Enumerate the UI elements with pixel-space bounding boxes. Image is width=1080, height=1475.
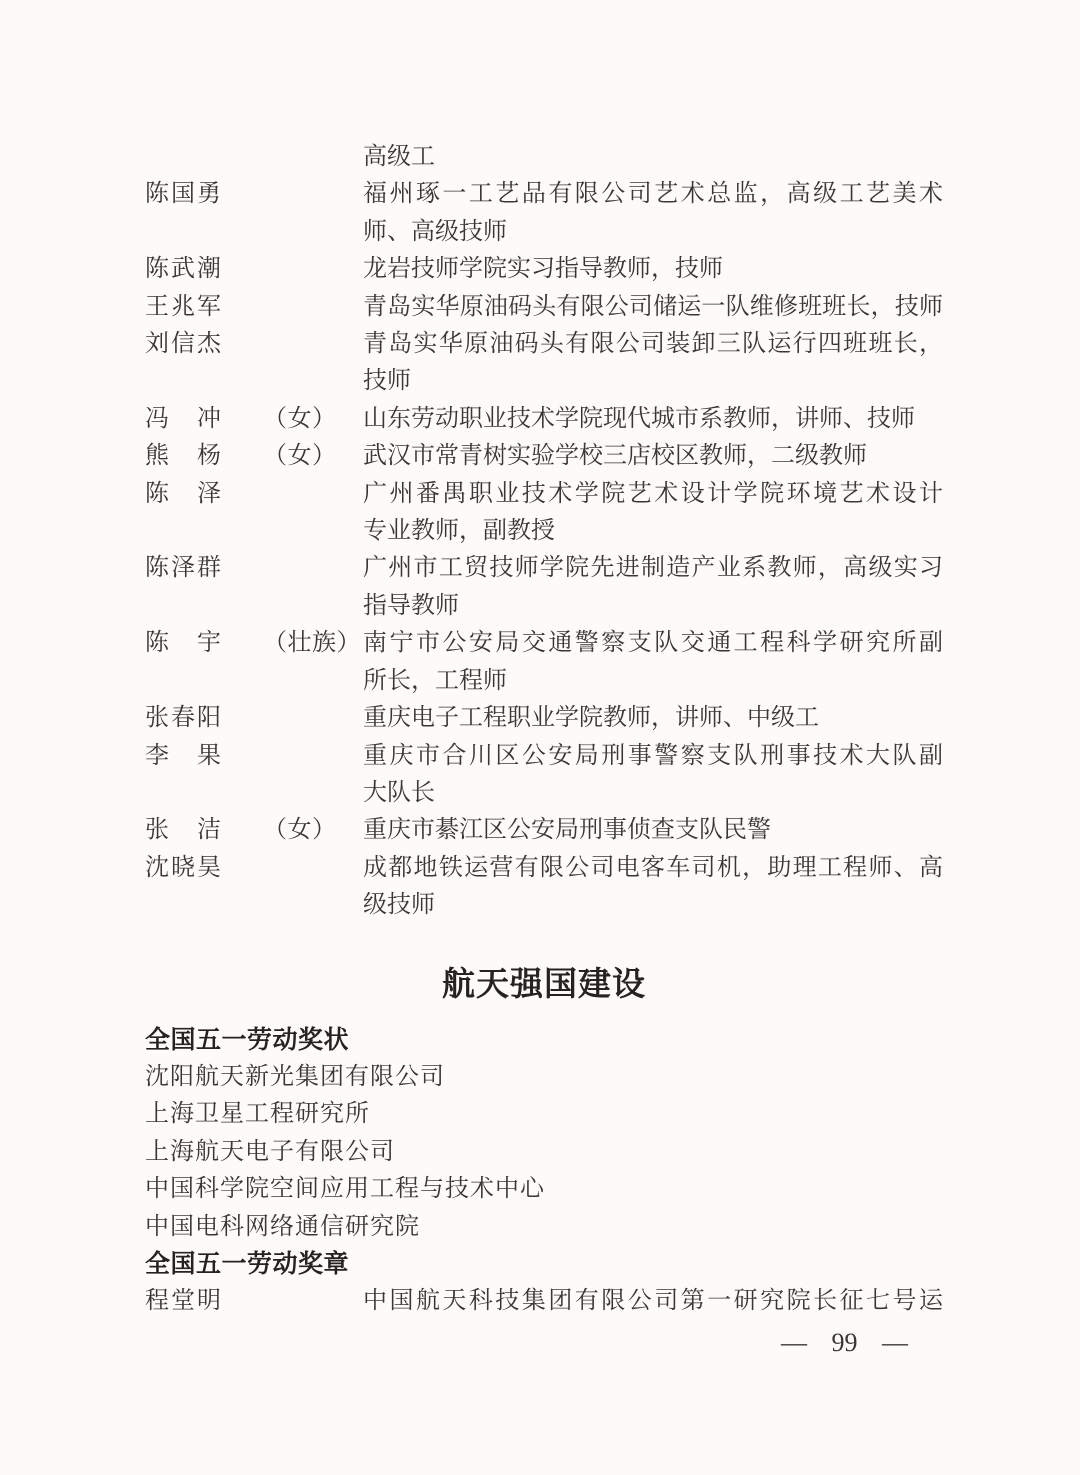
description-line: 指导教师	[363, 588, 943, 625]
description-line: 青岛实华原油码头有限公司装卸三队运行四班班长，	[363, 326, 943, 363]
person-description: 重庆市綦江区公安局刑事侦查支队民警	[363, 812, 943, 849]
description-line: 大队长	[363, 775, 943, 812]
roster-row: 沈晓昊 成都地铁运营有限公司电客车司机，助理工程师、高级技师	[145, 850, 943, 925]
person-name: 王兆军	[145, 289, 263, 326]
name-cell: 陈 宇 （壮族）	[145, 625, 363, 662]
person-name: 冯 冲	[145, 401, 263, 438]
description-line: 南宁市公安局交通警察支队交通工程科学研究所副	[363, 625, 943, 662]
person-description: 高级工	[363, 139, 943, 176]
person-description: 广州市工贸技师学院先进制造产业系教师，高级实习指导教师	[363, 550, 943, 625]
org-item: 上海航天电子有限公司	[145, 1134, 943, 1171]
name-cell: 冯 冲 （女）	[145, 401, 363, 438]
name-cell: 陈 泽	[145, 476, 363, 513]
name-cell: 王兆军	[145, 289, 363, 326]
person-name: 陈 泽	[145, 476, 263, 513]
description-line: 重庆市綦江区公安局刑事侦查支队民警	[363, 812, 943, 849]
person-description: 龙岩技师学院实习指导教师，技师	[363, 251, 943, 288]
person-note: （女）	[263, 438, 337, 475]
description-line: 师、高级技师	[363, 214, 943, 251]
description-line: 成都地铁运营有限公司电客车司机，助理工程师、高	[363, 850, 943, 887]
description-line: 山东劳动职业技术学院现代城市系教师，讲师、技师	[363, 401, 943, 438]
description-line: 龙岩技师学院实习指导教师，技师	[363, 251, 943, 288]
person-description: 重庆电子工程职业学院教师，讲师、中级工	[363, 700, 943, 737]
person-description: 青岛实华原油码头有限公司储运一队维修班班长，技师	[363, 289, 943, 326]
roster-row: 高级工	[145, 139, 943, 176]
roster-row: 陈 泽 广州番禺职业技术学院艺术设计学院环境艺术设计专业教师，副教授	[145, 476, 943, 551]
org-item: 中国电科网络通信研究院	[145, 1209, 943, 1246]
person-description: 福州琢一工艺品有限公司艺术总监，高级工艺美术师、高级技师	[363, 176, 943, 251]
person-name: 沈晓昊	[145, 850, 263, 887]
person-name: 陈国勇	[145, 176, 263, 213]
person-name: 陈 宇	[145, 625, 263, 662]
org-list: 沈阳航天新光集团有限公司上海卫星工程研究所上海航天电子有限公司中国科学院空间应用…	[145, 1059, 943, 1246]
roster-row: 张春阳 重庆电子工程职业学院教师，讲师、中级工	[145, 700, 943, 737]
section-title: 航天强国建设	[145, 963, 943, 1007]
roster-row: 陈武潮 龙岩技师学院实习指导教师，技师	[145, 251, 943, 288]
description-line: 武汉市常青树实验学校三店校区教师，二级教师	[363, 438, 943, 475]
name-cell: 李 果	[145, 738, 363, 775]
roster-row: 陈国勇 福州琢一工艺品有限公司艺术总监，高级工艺美术师、高级技师	[145, 176, 943, 251]
document-page: 高级工 陈国勇 福州琢一工艺品有限公司艺术总监，高级工艺美术师、高级技师 陈武潮…	[0, 0, 1080, 1475]
person-name: 熊 杨	[145, 438, 263, 475]
roster-row: 陈泽群 广州市工贸技师学院先进制造产业系教师，高级实习指导教师	[145, 550, 943, 625]
description-line: 广州番禺职业技术学院艺术设计学院环境艺术设计	[363, 476, 943, 513]
description-line: 中国航天科技集团有限公司第一研究院长征七号运	[363, 1283, 943, 1320]
person-description: 成都地铁运营有限公司电客车司机，助理工程师、高级技师	[363, 850, 943, 925]
roster-row: 陈 宇 （壮族） 南宁市公安局交通警察支队交通工程科学研究所副所长，工程师	[145, 625, 943, 700]
person-name: 陈泽群	[145, 550, 263, 587]
name-cell: 熊 杨 （女）	[145, 438, 363, 475]
person-name: 刘信杰	[145, 326, 263, 363]
org-item: 中国科学院空间应用工程与技术中心	[145, 1171, 943, 1208]
person-note: （壮族）	[263, 625, 361, 662]
description-line: 专业教师，副教授	[363, 513, 943, 550]
subheading-certificate: 全国五一劳动奖状	[145, 1022, 943, 1059]
description-line: 青岛实华原油码头有限公司储运一队维修班班长，技师	[363, 289, 943, 326]
description-line: 广州市工贸技师学院先进制造产业系教师，高级实习	[363, 550, 943, 587]
person-description: 重庆市合川区公安局刑事警察支队刑事技术大队副大队长	[363, 738, 943, 813]
medal-roster: 程堂明 中国航天科技集团有限公司第一研究院长征七号运	[145, 1283, 943, 1320]
description-line: 技师	[363, 363, 943, 400]
roster-row: 张 洁 （女） 重庆市綦江区公安局刑事侦查支队民警	[145, 812, 943, 849]
description-line: 高级工	[363, 139, 943, 176]
roster-row: 程堂明 中国航天科技集团有限公司第一研究院长征七号运	[145, 1283, 943, 1320]
person-description: 南宁市公安局交通警察支队交通工程科学研究所副所长，工程师	[363, 625, 943, 700]
description-line: 重庆电子工程职业学院教师，讲师、中级工	[363, 700, 943, 737]
description-line: 福州琢一工艺品有限公司艺术总监，高级工艺美术	[363, 176, 943, 213]
name-cell: 沈晓昊	[145, 850, 363, 887]
person-name: 张 洁	[145, 812, 263, 849]
description-line: 重庆市合川区公安局刑事警察支队刑事技术大队副	[363, 738, 943, 775]
description-line: 所长，工程师	[363, 663, 943, 700]
person-description: 广州番禺职业技术学院艺术设计学院环境艺术设计专业教师，副教授	[363, 476, 943, 551]
person-description: 山东劳动职业技术学院现代城市系教师，讲师、技师	[363, 401, 943, 438]
roster-row: 熊 杨 （女） 武汉市常青树实验学校三店校区教师，二级教师	[145, 438, 943, 475]
person-description: 武汉市常青树实验学校三店校区教师，二级教师	[363, 438, 943, 475]
person-note: （女）	[263, 812, 337, 849]
person-description: 青岛实华原油码头有限公司装卸三队运行四班班长，技师	[363, 326, 943, 401]
subheading-medal: 全国五一劳动奖章	[145, 1246, 943, 1283]
name-cell: 刘信杰	[145, 326, 363, 363]
name-cell: 张 洁 （女）	[145, 812, 363, 849]
person-description: 中国航天科技集团有限公司第一研究院长征七号运	[363, 1283, 943, 1320]
person-name: 程堂明	[145, 1283, 263, 1320]
name-cell: 陈武潮	[145, 251, 363, 288]
name-cell: 陈泽群	[145, 550, 363, 587]
name-cell: 陈国勇	[145, 176, 363, 213]
org-item: 上海卫星工程研究所	[145, 1096, 943, 1133]
name-cell: 张春阳	[145, 700, 363, 737]
roster-row: 刘信杰 青岛实华原油码头有限公司装卸三队运行四班班长，技师	[145, 326, 943, 401]
roster-row: 冯 冲 （女） 山东劳动职业技术学院现代城市系教师，讲师、技师	[145, 401, 943, 438]
person-note: （女）	[263, 401, 337, 438]
name-cell: 程堂明	[145, 1283, 363, 1320]
roster: 高级工 陈国勇 福州琢一工艺品有限公司艺术总监，高级工艺美术师、高级技师 陈武潮…	[145, 139, 943, 925]
person-name: 李 果	[145, 738, 263, 775]
person-name: 张春阳	[145, 700, 263, 737]
description-line: 级技师	[363, 887, 943, 924]
roster-row: 李 果 重庆市合川区公安局刑事警察支队刑事技术大队副大队长	[145, 738, 943, 813]
roster-row: 王兆军 青岛实华原油码头有限公司储运一队维修班班长，技师	[145, 289, 943, 326]
person-name: 陈武潮	[145, 251, 263, 288]
org-item: 沈阳航天新光集团有限公司	[145, 1059, 943, 1096]
page-number: — 99 —	[145, 1324, 943, 1361]
